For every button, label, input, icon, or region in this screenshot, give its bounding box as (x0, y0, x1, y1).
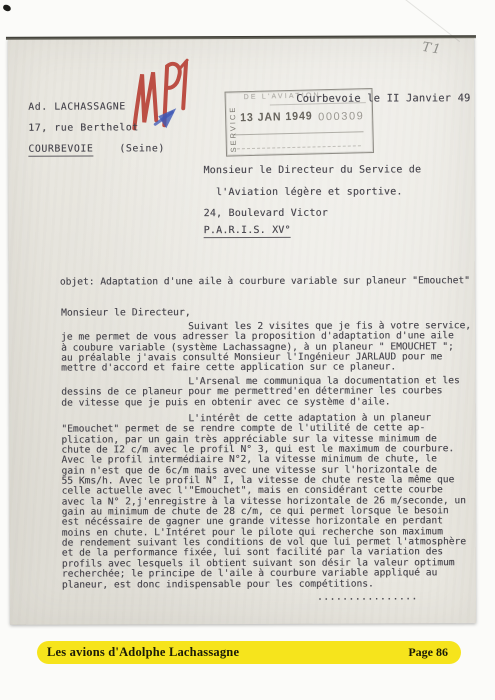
recipient-city-line: P.A.R.I.S. XV° (204, 225, 291, 236)
paragraph-2: L'Arsenal me communiqua la documentation… (61, 376, 473, 408)
sender-city-line: COURBEVOIE(Seine) (28, 138, 165, 159)
sender-department: (Seine) (119, 143, 165, 154)
stamp-registry-number: 000309 (318, 110, 365, 123)
stamp-service-label: SERVICE (228, 98, 238, 152)
sender-name: Ad. LACHASSAGNE (28, 96, 165, 117)
subject-line: objet: Adaptation d'une aile à courbure … (60, 275, 470, 287)
paper-crease (401, 0, 460, 42)
stamp-rule (234, 131, 364, 135)
scanned-page: T1 Ad. LACHASSAGNE 17, rue Berthelot COU… (0, 0, 495, 700)
stamp-rule (237, 145, 361, 149)
typed-date-line: Courbevoie le II Janvier 49 (296, 92, 470, 105)
sender-city: COURBEVOIE (28, 144, 93, 157)
sender-address-block: Ad. LACHASSAGNE 17, rue Berthelot COURBE… (28, 96, 165, 159)
letter-paper: T1 Ad. LACHASSAGNE 17, rue Berthelot COU… (8, 37, 476, 625)
closing-dots: ................ (317, 591, 418, 602)
paragraph-1: Suivant les 2 visites que je fis à votre… (61, 321, 473, 374)
paragraph-3: L'intérêt de cette adaptation à un plane… (61, 413, 474, 590)
stamp-date: 13 JAN 1949 (240, 110, 313, 124)
recipient-address-block: Monsieur le Directeur du Service de l'Av… (203, 159, 421, 224)
footer-book-title: Les avions d'Adolphe Lachassagne (47, 645, 239, 660)
salutation: Monsieur le Directeur, (61, 307, 191, 318)
footer-bar: Les avions d'Adolphe Lachassagne Page 86 (37, 641, 461, 664)
footer-page-number: Page 86 (408, 645, 448, 660)
pencil-annotation: T1 (421, 40, 443, 58)
scan-artifact-speck (2, 4, 11, 12)
sender-street: 17, rue Berthelot (28, 117, 165, 138)
